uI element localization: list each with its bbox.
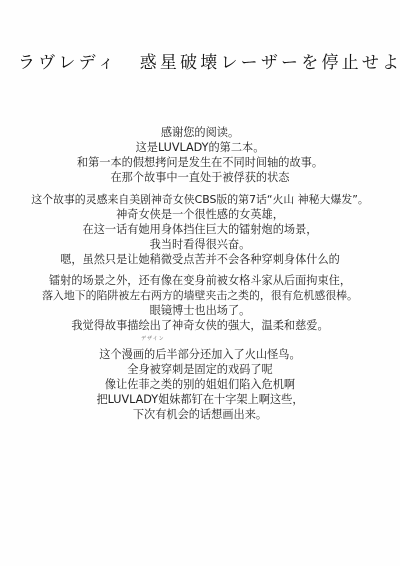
text-line: 和第一本的假想拷问是发生在不同时间轴的故事。: [0, 155, 400, 170]
text-line: 这个漫画的后半部分还加入了火山怪鸟。: [0, 347, 400, 362]
text-line: 在这一话有她用身体挡住巨大的镭射炮的场景，: [0, 222, 400, 237]
text-line: 下次有机会的话想画出来。: [0, 407, 400, 422]
ruby-annotation: デザイン: [141, 335, 165, 342]
text-line: 全身被穿刺是固定的戏码了呢: [0, 362, 400, 377]
text-line: 我当时看得很兴奋。: [0, 237, 400, 252]
text-line: 把LUVLADY姐妹都钉在十字架上啊这些，: [0, 392, 400, 407]
text-line: 在那个故事中一直处于被俘获的状态: [0, 170, 400, 185]
text-line: 镭射的场景之外，还有像在变身前被女格斗家从后面拘束住，: [0, 273, 400, 288]
text-line: 感谢您的阅读。: [0, 125, 400, 140]
text-line: 落入地下的陷阱被左右两方的墙壁夹击之类的，很有危机感很棒。: [0, 288, 400, 303]
paragraph-intro: 感谢您的阅读。 这是LUVLADY的第二本。 和第一本的假想拷问是发生在不同时间…: [0, 125, 400, 185]
text-line: 嗯，虽然只是让她稍微受点苦并不会各种穿刺身体什么的: [0, 252, 400, 267]
series-title: ラヴレディ: [18, 53, 118, 73]
text-line: 像让佐菲之类的别的姐姐们陷入危机啊: [0, 377, 400, 392]
afterword-page: ラヴレディ惑星破壊レーザーを停止せよ 感谢您的阅读。 这是LUVLADY的第二本…: [0, 0, 400, 566]
paragraph-scenes: 镭射的场景之外，还有像在变身前被女格斗家从后面拘束住， 落入地下的陷阱被左右两方…: [0, 273, 400, 333]
text-line: 我觉得故事描绘出了神奇女侠的强大，温柔和慈爱。: [0, 318, 400, 333]
text-line: 这是LUVLADY的第二本。: [0, 140, 400, 155]
text-line: 这个故事的灵感来自美剧神奇女侠CBS版的第7话“火山 神秘大爆发”。: [0, 192, 400, 207]
text-line: 神奇女侠是一个很性感的女英雄，: [0, 207, 400, 222]
text-line: 眼镜博士也出场了。: [0, 303, 400, 318]
chapter-subtitle: 惑星破壊レーザーを停止せよ: [140, 53, 400, 73]
page-title: ラヴレディ惑星破壊レーザーを停止せよ: [18, 48, 398, 73]
paragraph-future: 这个漫画的后半部分还加入了火山怪鸟。 全身被穿刺是固定的戏码了呢 像让佐菲之类的…: [0, 347, 400, 422]
paragraph-inspiration: 这个故事的灵感来自美剧神奇女侠CBS版的第7话“火山 神秘大爆发”。 神奇女侠是…: [0, 192, 400, 267]
